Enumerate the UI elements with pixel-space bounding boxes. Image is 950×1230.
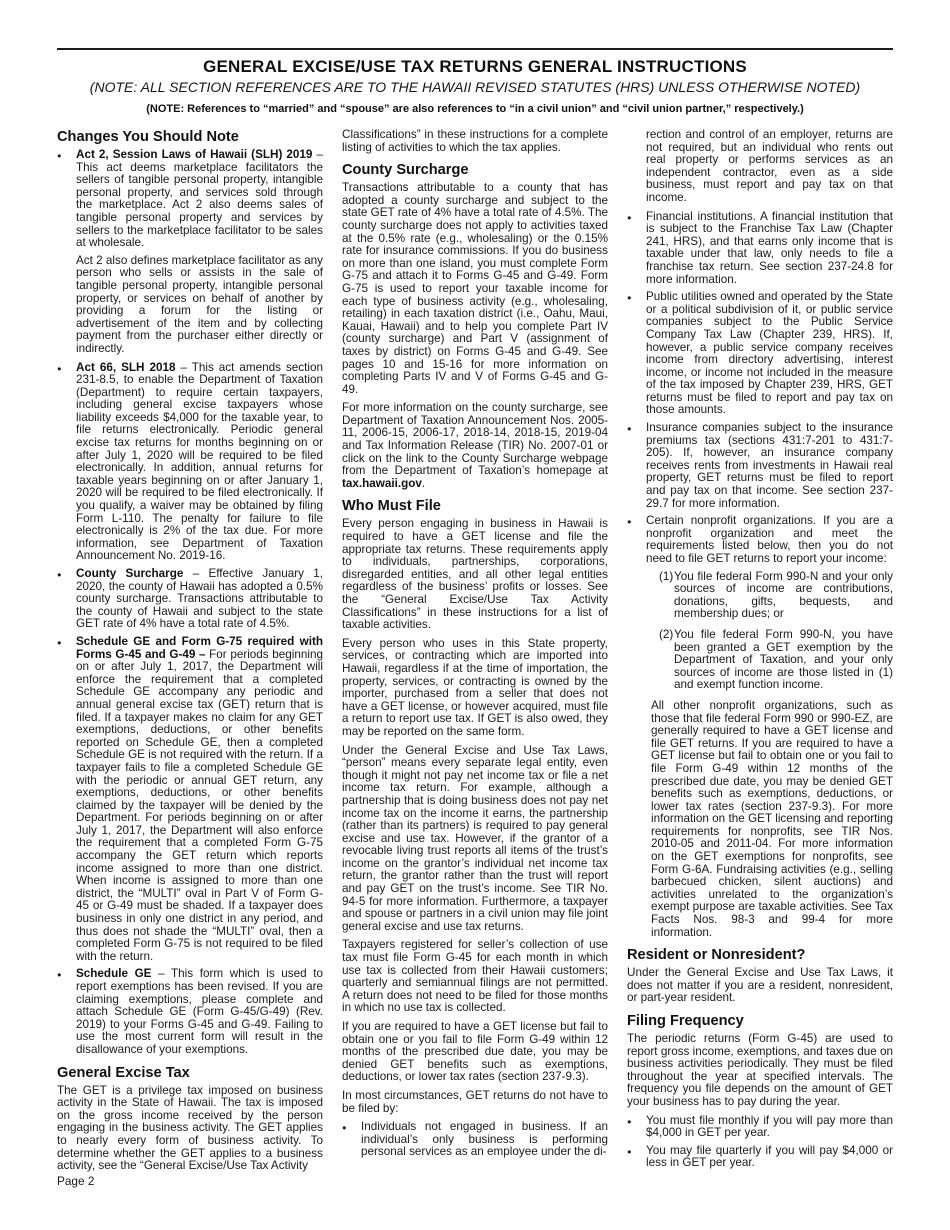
list-item-lead: Schedule GE [76, 967, 151, 980]
bullet-icon: ● [57, 568, 76, 631]
list-item: ● County Surcharge – Effective January 1… [57, 568, 323, 631]
section-heading-resident-or-nonresident: Resident or Nonresident? [627, 947, 893, 963]
list-item-text: Act 2, Session Laws of Hawaii (SLH) 2019… [76, 149, 323, 250]
list-item-text: Schedule GE and Form G-75 required with … [76, 636, 323, 963]
paragraph: Under the General Excise and Use Tax Law… [342, 745, 608, 934]
list-item-text: You must file monthly if you will pay mo… [646, 1115, 893, 1140]
bullet-icon: ● [627, 1145, 646, 1170]
document-page: GENERAL EXCISE/USE TAX RETURNS GENERAL I… [0, 0, 950, 1230]
list-item: ● Individuals not engaged in business. I… [342, 1121, 608, 1159]
bullet-icon: ● [57, 149, 76, 250]
list-item: ● Certain nonprofit organizations. If yo… [627, 515, 893, 565]
bullet-icon: ● [342, 1121, 361, 1159]
list-item-text: Individuals not engaged in business. If … [361, 1121, 608, 1159]
list-item: ● Act 2, Session Laws of Hawaii (SLH) 20… [57, 149, 323, 250]
section-heading-who-must-file: Who Must File [342, 498, 608, 514]
paragraph-continuation: Classifications” in these instructions f… [342, 129, 608, 154]
list-item-text: You may file quarterly if you will pay $… [646, 1145, 893, 1170]
list-item-text: Act 66, SLH 2018 – This act amends secti… [76, 362, 323, 564]
bullet-icon: ● [627, 291, 646, 417]
section-heading-filing-frequency: Filing Frequency [627, 1013, 893, 1029]
list-item-body: – This act deems marketplace facilitator… [76, 148, 323, 249]
column-right: rection and control of an employer, retu… [627, 129, 893, 1179]
bullet-icon: ● [57, 968, 76, 1056]
numbered-item-label: (2) [659, 629, 674, 692]
paragraph: Transactions attributable to a county th… [342, 182, 608, 396]
paragraph: The GET is a privilege tax imposed on bu… [57, 1085, 323, 1173]
list-item-body: For periods beginning on or after July 1… [76, 648, 323, 963]
bullet-icon: ● [57, 362, 76, 564]
paragraph-text: . [422, 477, 425, 490]
section-heading-changes-you-should-note: Changes You Should Note [57, 129, 323, 145]
paragraph: If you are required to have a GET licens… [342, 1021, 608, 1084]
list-item-text: County Surcharge – Effective January 1, … [76, 568, 323, 631]
list-item: ● Schedule GE – This form which is used … [57, 968, 323, 1056]
column-left: Changes You Should Note ● Act 2, Session… [57, 129, 323, 1179]
paragraph-text: For more information on the county surch… [342, 401, 608, 477]
list-item-text: Public utilities owned and operated by t… [646, 291, 893, 417]
list-item: ● Act 66, SLH 2018 – This act amends sec… [57, 362, 323, 564]
list-item-continuation: rection and control of an employer, retu… [646, 129, 893, 205]
paragraph: Under the General Excise and Use Tax Law… [627, 967, 893, 1005]
three-column-body: Changes You Should Note ● Act 2, Session… [57, 129, 893, 1179]
paragraph: For more information on the county surch… [342, 402, 608, 490]
page-number: Page 2 [57, 1174, 94, 1188]
numbered-item-text: You file federal Form 990-N, you have be… [674, 629, 893, 692]
list-item-text: Financial institutions. A financial inst… [646, 211, 893, 287]
numbered-item: (2) You file federal Form 990-N, you hav… [659, 629, 893, 692]
list-item-body: – This form which is used to report exem… [76, 967, 323, 1056]
list-item: ● You may file quarterly if you will pay… [627, 1145, 893, 1170]
list-item-text: Schedule GE – This form which is used to… [76, 968, 323, 1056]
paragraph: Every person who uses in this State prop… [342, 638, 608, 739]
header-rule [57, 48, 893, 50]
paragraph: Taxpayers registered for seller’s collec… [342, 939, 608, 1015]
paragraph: All other nonprofit organizations, such … [651, 700, 893, 939]
bullet-icon: ● [627, 211, 646, 287]
list-item-body: – This act amends section 231-8.5, to en… [76, 361, 323, 563]
bullet-icon: ● [57, 636, 76, 963]
column-middle: Classifications” in these instructions f… [342, 129, 608, 1179]
website-text: tax.hawaii.gov [342, 477, 422, 490]
civil-union-note: (NOTE: References to “married” and “spou… [57, 103, 893, 116]
paragraph: The periodic returns (Form G-45) are use… [627, 1033, 893, 1109]
section-heading-county-surcharge: County Surcharge [342, 162, 608, 178]
numbered-item-label: (1) [659, 571, 674, 621]
list-item-lead: Act 66, SLH 2018 [76, 361, 175, 374]
page-content: GENERAL EXCISE/USE TAX RETURNS GENERAL I… [57, 48, 893, 1179]
list-item-lead: County Surcharge [76, 567, 183, 580]
bullet-icon: ● [627, 515, 646, 565]
list-item: ● Schedule GE and Form G-75 required wit… [57, 636, 323, 963]
list-item-continuation: Act 2 also defines marketplace facilitat… [76, 255, 323, 356]
paragraph: Every person engaging in business in Haw… [342, 518, 608, 631]
list-item-text: Insurance companies subject to the insur… [646, 422, 893, 510]
paragraph: In most circumstances, GET returns do no… [342, 1090, 608, 1115]
list-item: ● Public utilities owned and operated by… [627, 291, 893, 417]
list-item: ● You must file monthly if you will pay … [627, 1115, 893, 1140]
hrs-note: (NOTE: ALL SECTION REFERENCES ARE TO THE… [57, 79, 893, 95]
numbered-item: (1) You file federal Form 990-N and your… [659, 571, 893, 621]
list-item: ● Financial institutions. A financial in… [627, 211, 893, 287]
section-heading-general-excise-tax: General Excise Tax [57, 1065, 323, 1081]
list-item-text: Certain nonprofit organizations. If you … [646, 515, 893, 565]
list-item: ● Insurance companies subject to the ins… [627, 422, 893, 510]
list-item-lead: Act 2, Session Laws of Hawaii (SLH) 2019 [76, 148, 312, 161]
bullet-icon: ● [627, 1115, 646, 1140]
numbered-item-text: You file federal Form 990-N and your onl… [674, 571, 893, 621]
bullet-icon: ● [627, 422, 646, 510]
page-title: GENERAL EXCISE/USE TAX RETURNS GENERAL I… [57, 57, 893, 76]
